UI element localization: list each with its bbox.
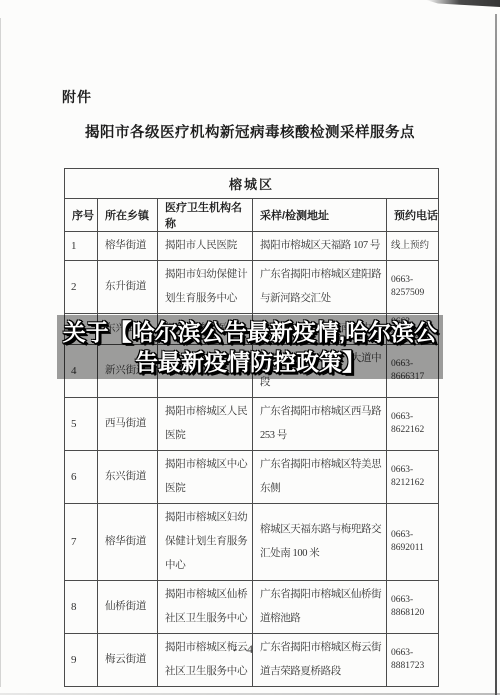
cell-org: 揭阳市人民医院 [158, 232, 253, 261]
cell-org: 揭阳市妇幼保健计划生育服务中心 [158, 261, 253, 314]
cell-town: 东升街道 [98, 261, 158, 314]
cell-addr: 广东省揭阳市榕城区西马路 253 号 [253, 398, 387, 451]
table-row: 8仙桥街道揭阳市榕城区仙桥社区卫生服务中心广东省揭阳市榕城区仙桥街道榕池路066… [65, 581, 439, 634]
scan-corner-top-right [426, 0, 500, 7]
cell-town: 西马街道 [98, 398, 158, 451]
cell-town: 东兴街道 [98, 314, 158, 345]
cell-phone: 0663-8868120 [387, 581, 439, 634]
col-header-addr: 采样/检测地址 [253, 199, 387, 232]
cell-org: 揭阳市榕城区仙桥社区卫生服务中心 [158, 581, 253, 634]
cell-addr: 揭阳市榕城区天福路 107 号 [253, 232, 387, 261]
table-row: 5西马街道揭阳市榕城区人民医院广东省揭阳市榕城区西马路 253 号0663-86… [65, 398, 439, 451]
region-header-row: 榕城区 [65, 169, 439, 199]
cell-phone: 0663-8666317 [387, 345, 439, 398]
cell-phone: 0663-8212162 [387, 451, 439, 504]
cell-phone: 0663-8257509 [387, 261, 439, 314]
cell-no: 4 [65, 345, 98, 398]
cell-phone: 0663-8622162 [387, 398, 439, 451]
cell-no: 3 [65, 314, 98, 345]
scan-edge-right [495, 14, 497, 695]
attachment-label: 附件 [62, 87, 92, 107]
table-row: 7榕华街道揭阳市榕城区妇幼保健计划生育服务中心榕城区天福东路与梅兜路交汇处南 1… [65, 504, 439, 581]
cell-no: 8 [65, 581, 98, 634]
scan-edge-left [0, 18, 1, 687]
cell-addr: 榕城区天福东路与梅兜路交汇处南 100 米 [253, 504, 387, 581]
cell-phone: 0663-8920260 [387, 314, 439, 345]
cell-org: 揭阳市榕城区中心医院 [158, 451, 253, 504]
col-header-town: 所在乡镇 [98, 199, 158, 232]
cell-town: 仙桥街道 [98, 581, 158, 634]
cell-org: 揭阳市慈云医院 [158, 314, 253, 345]
cell-org: 揭阳市榕城区妇幼保健计划生育服务中心 [158, 504, 253, 581]
cell-no: 6 [65, 451, 98, 504]
cell-town: 东兴街道 [98, 451, 158, 504]
col-header-org: 医疗卫生机构名称 [158, 199, 253, 232]
cell-phone: 0663-8692011 [387, 504, 439, 581]
column-header-row: 序号 所在乡镇 医疗卫生机构名称 采样/检测地址 预约电话 [65, 199, 439, 232]
cell-no: 5 [65, 398, 98, 451]
region-header: 榕城区 [65, 169, 439, 199]
page-title: 揭阳市各级医疗机构新冠病毒核酸检测采样服务点 [0, 121, 500, 142]
table-row: 4新兴街道揭阳市中医院揭阳市榕城区进贤门大道中段0663-8666317 [65, 345, 439, 398]
cell-addr: 揭阳市榕城区进贤门大道中段 [253, 345, 387, 398]
cell-no: 1 [65, 232, 98, 261]
service-points-table: 榕城区 序号 所在乡镇 医疗卫生机构名称 采样/检测地址 预约电话 1榕华街道揭… [64, 168, 439, 687]
cell-addr: 广东省揭阳市榕城区特美思东侧 [253, 451, 387, 504]
cell-addr: 广东省揭阳市榕城区建阳路与新河路交汇处 [253, 261, 387, 314]
cell-town: 榕华街道 [98, 232, 158, 261]
scanned-document-page: 附件 揭阳市各级医疗机构新冠病毒核酸检测采样服务点 榕城区 序号 所在乡镇 医疗… [0, 0, 500, 695]
cell-addr: 广东省揭阳市榕城区仙桥街道榕池路 [253, 581, 387, 634]
cell-no: 2 [65, 261, 98, 314]
table-row: 1榕华街道揭阳市人民医院揭阳市榕城区天福路 107 号线上预约 [65, 232, 439, 261]
cell-town: 新兴街道 [98, 345, 158, 398]
table-row: 6东兴街道揭阳市榕城区中心医院广东省揭阳市榕城区特美思东侧0663-821216… [65, 451, 439, 504]
col-header-no: 序号 [65, 199, 98, 232]
cell-org: 揭阳市中医院 [158, 345, 253, 398]
page-number: - 4 - [0, 642, 500, 657]
cell-phone: 线上预约 [387, 232, 439, 261]
cell-no: 7 [65, 504, 98, 581]
table-row: 2东升街道揭阳市妇幼保健计划生育服务中心广东省揭阳市榕城区建阳路与新河路交汇处0… [65, 261, 439, 314]
table-row: 3东兴街道揭阳市慈云医院揭阳市榕城区淡浦南路中段0663-8920260 [65, 314, 439, 345]
col-header-phone: 预约电话 [387, 199, 439, 232]
cell-addr: 揭阳市榕城区淡浦南路中段 [253, 314, 387, 345]
cell-org: 揭阳市榕城区人民医院 [158, 398, 253, 451]
cell-town: 榕华街道 [98, 504, 158, 581]
